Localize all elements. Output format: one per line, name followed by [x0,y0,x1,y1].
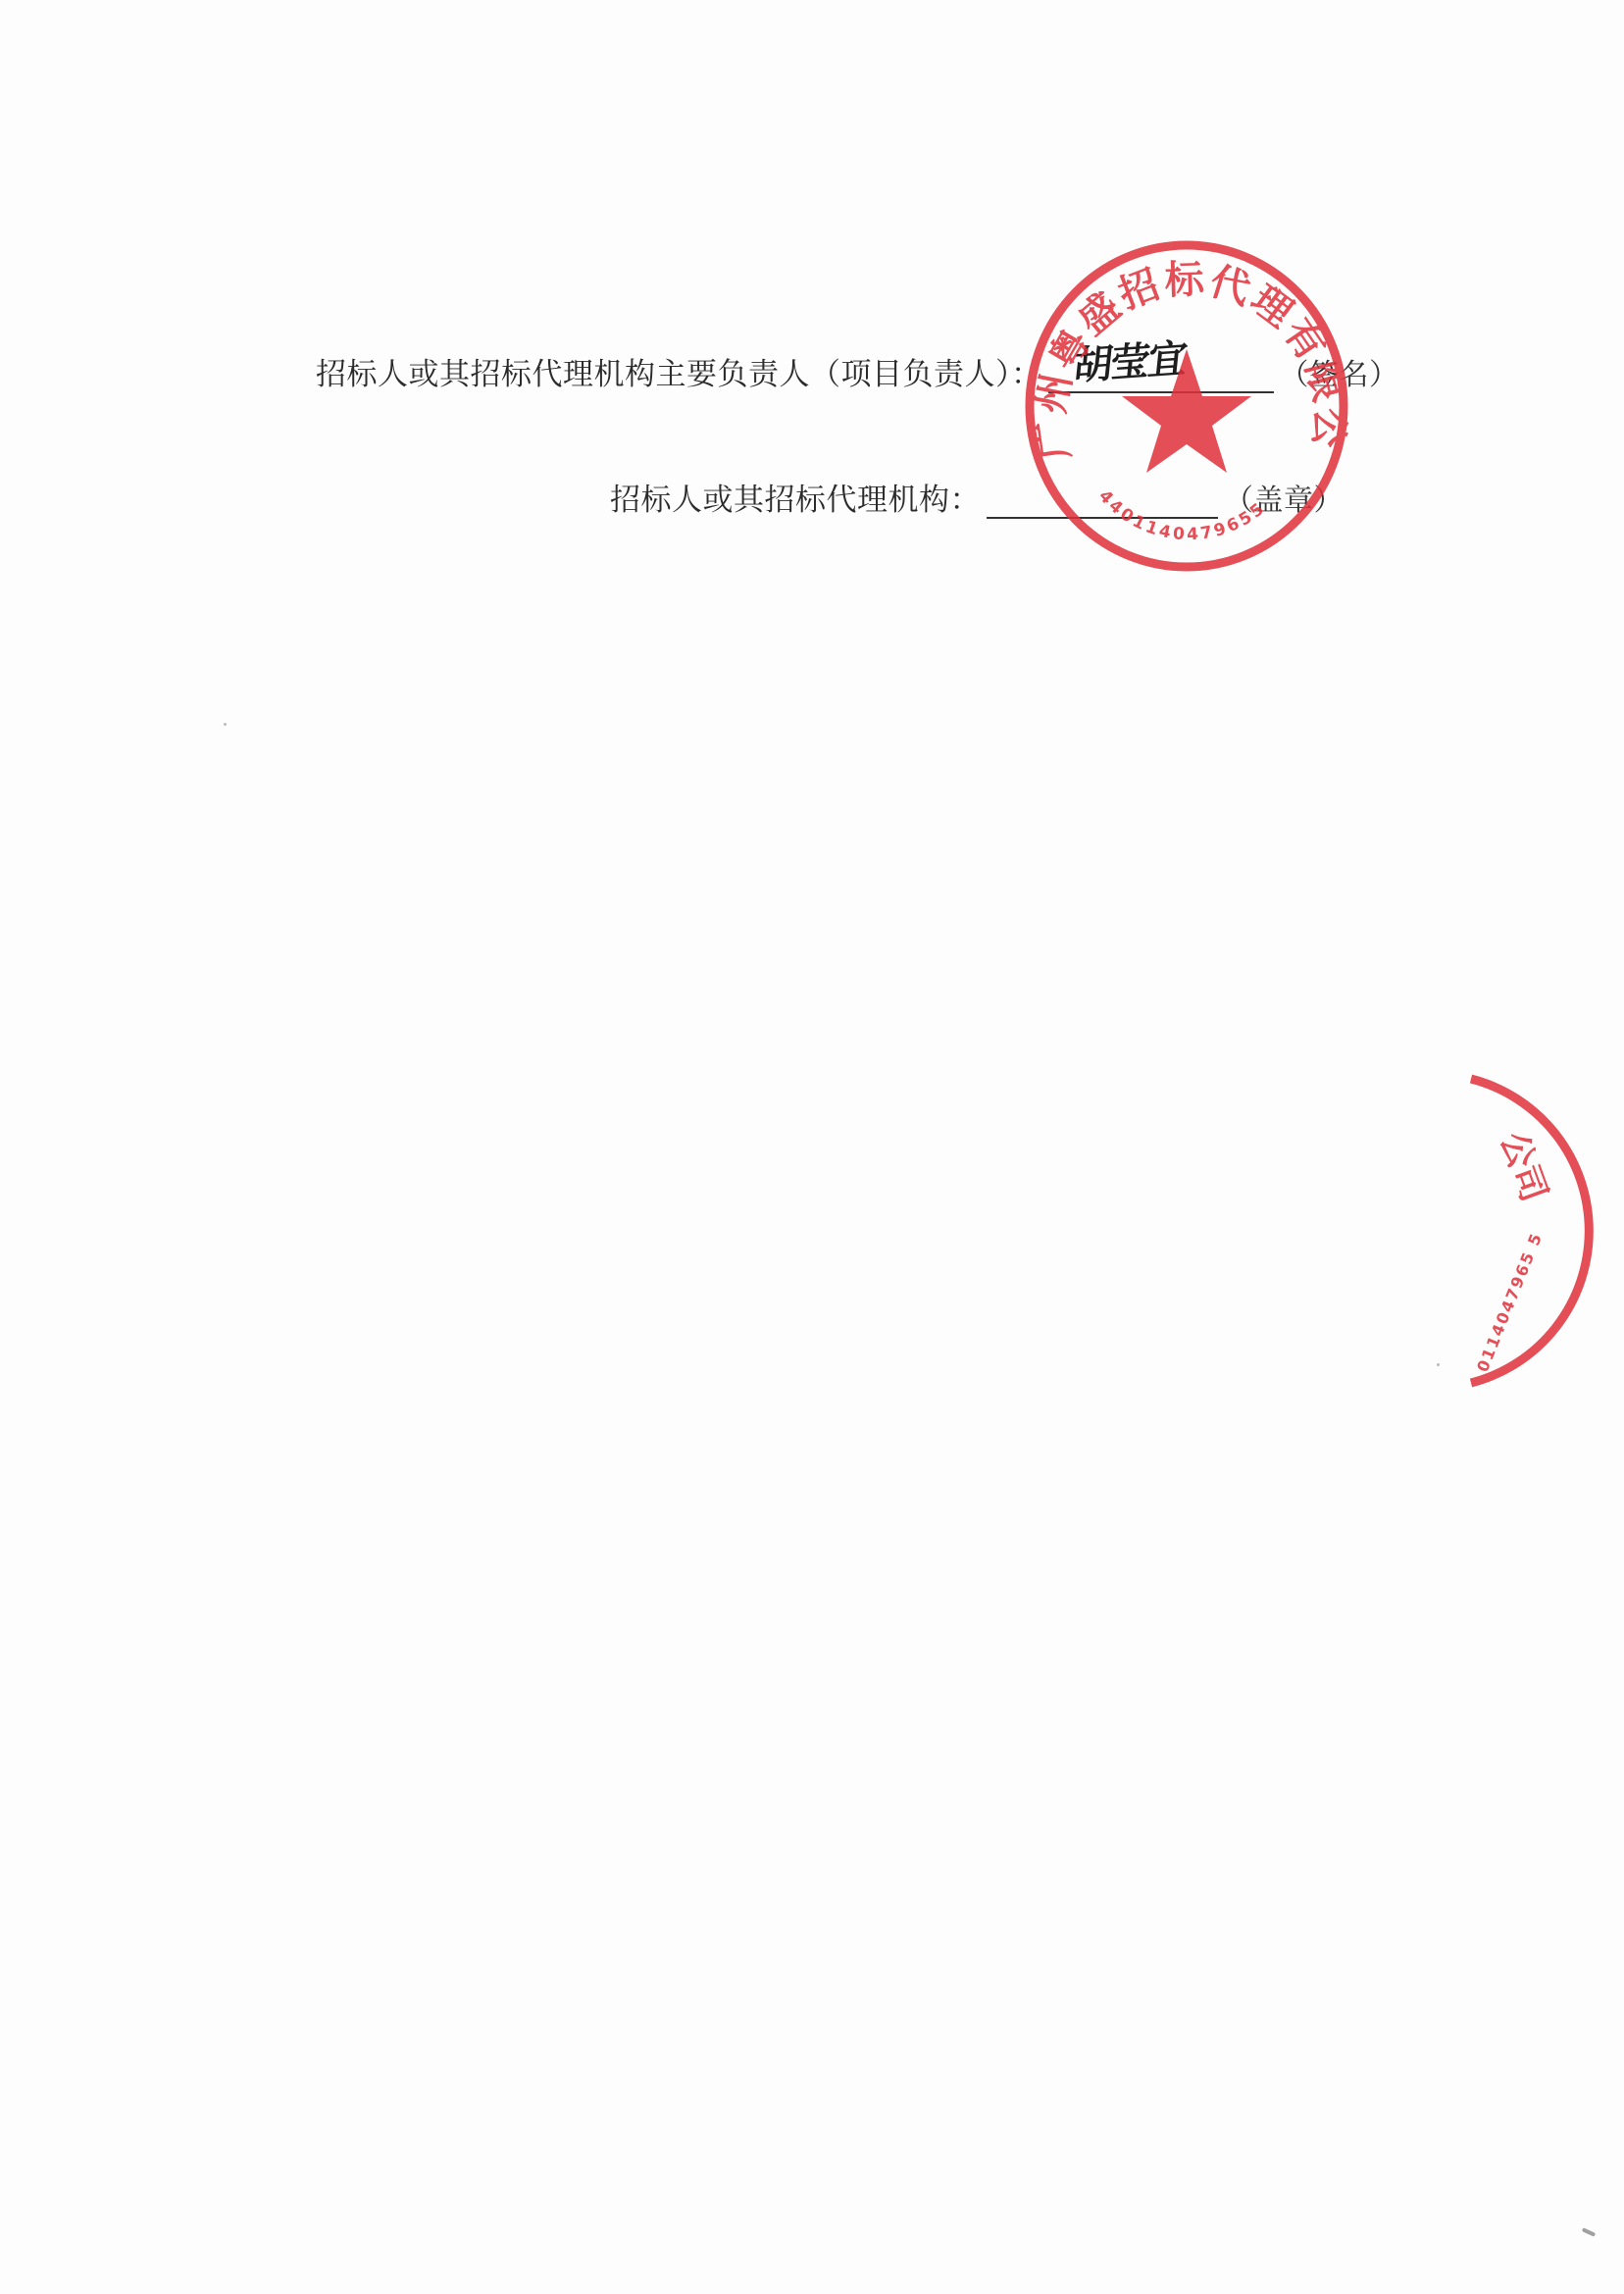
responsible-person-label: 招标人或其招标代理机构主要负责人（项目负责人）： [316,349,1042,393]
seam-stamp-text: 公司 [1493,1127,1555,1207]
sign-suffix: （签名） [1280,350,1399,393]
seal-suffix: （盖章） [1224,476,1344,519]
seal-field[interactable] [987,484,1218,519]
company-seal-stamp: 广州粤盛招标代理有限公司 4401140479655 [1020,231,1353,575]
seal-line-agency: 招标人或其招标代理机构： （盖章） [610,475,1344,519]
svg-text:广州粤盛招标代理有限公司: 广州粤盛招标代理有限公司 [1020,231,1353,463]
handwritten-signature: 胡莹宜 [1071,328,1189,392]
stamp-company-name: 广州粤盛招标代理有限公司 [1020,231,1353,463]
seam-stamp-number: 0114047965 5 [1473,1229,1547,1374]
agency-label: 招标人或其招标代理机构： [610,475,981,519]
seam-seal-stamp-partial: 公司 0114047965 5 [1461,1069,1624,1393]
scan-speck [1582,2227,1596,2237]
signature-line-responsible-person: 招标人或其招标代理机构主要负责人（项目负责人）： 胡莹宜 （签名） [316,349,1399,393]
signature-field[interactable]: 胡莹宜 [1048,358,1274,393]
scan-dot [224,723,227,726]
scan-dot [1437,1363,1440,1366]
